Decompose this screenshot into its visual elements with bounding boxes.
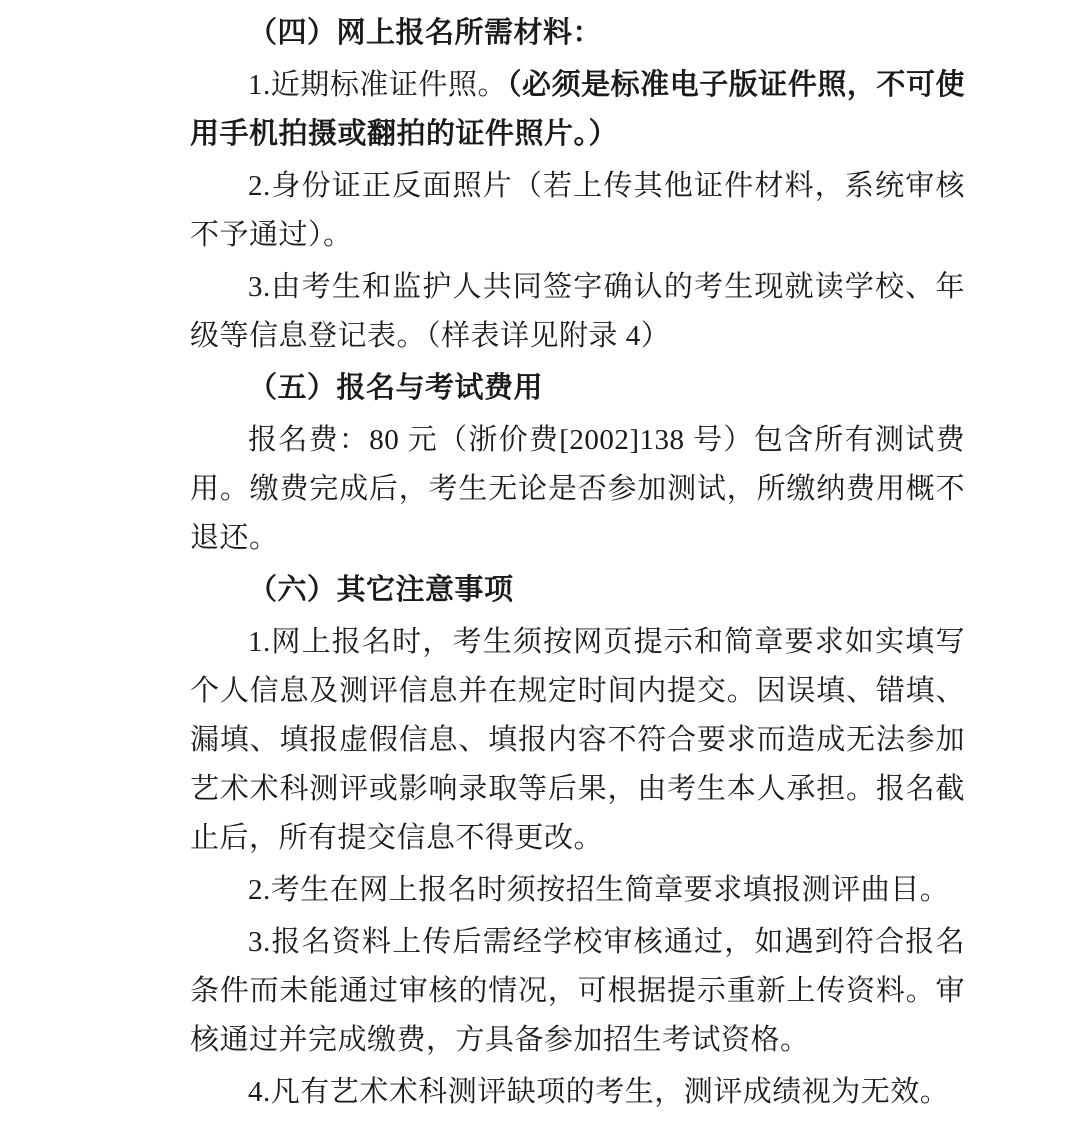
paragraph: 报名费：80 元（浙价费[2002]138 号）包含所有测试费用。缴费完成后，考… bbox=[190, 416, 965, 563]
text-run: （六）其它注意事项 bbox=[248, 574, 514, 606]
document-page: （四）网上报名所需材料：1.近期标准证件照。（必须是标准电子版证件照，不可使用手… bbox=[0, 0, 1080, 1123]
paragraph: 4.凡有艺术术科测评缺项的考生，测评成绩视为无效。 bbox=[190, 1068, 965, 1117]
text-run: （四）网上报名所需材料： bbox=[248, 17, 602, 49]
paragraph: 1.近期标准证件照。（必须是标准电子版证件照，不可使用手机拍摄或翻拍的证件照片。… bbox=[190, 61, 965, 159]
document-body: （四）网上报名所需材料：1.近期标准证件照。（必须是标准电子版证件照，不可使用手… bbox=[190, 9, 965, 1117]
paragraph: 2.考生在网上报名时须按招生简章要求填报测评曲目。 bbox=[190, 866, 965, 915]
paragraph: 2.身份证正反面照片（若上传其他证件材料，系统审核不予通过）。 bbox=[190, 162, 965, 260]
paragraph: 3.由考生和监护人共同签字确认的考生现就读学校、年级等信息登记表。（样表详见附录… bbox=[190, 263, 965, 361]
paragraph: 1.网上报名时，考生须按网页提示和简章要求如实填写个人信息及测评信息并在规定时间… bbox=[190, 618, 965, 863]
section-heading: （四）网上报名所需材料： bbox=[190, 9, 965, 58]
text-run: 2.身份证正反面照片（若上传其他证件材料，系统审核不予通过）。 bbox=[190, 170, 965, 251]
text-run: 1.网上报名时，考生须按网页提示和简章要求如实填写个人信息及测评信息并在规定时间… bbox=[190, 626, 965, 854]
section-heading: （五）报名与考试费用 bbox=[190, 364, 965, 413]
text-run: 报名费：80 元（浙价费[2002]138 号）包含所有测试费用。缴费完成后，考… bbox=[190, 424, 965, 554]
paragraph: 3.报名资料上传后需经学校审核通过，如遇到符合报名条件而未能通过审核的情况，可根… bbox=[190, 918, 965, 1065]
text-run: 4.凡有艺术术科测评缺项的考生，测评成绩视为无效。 bbox=[248, 1076, 949, 1108]
text-run: （五）报名与考试费用 bbox=[248, 372, 543, 404]
section-heading: （六）其它注意事项 bbox=[190, 566, 965, 615]
text-run: 3.由考生和监护人共同签字确认的考生现就读学校、年级等信息登记表。（样表详见附录… bbox=[190, 271, 965, 352]
text-run: 1.近期标准证件照。 bbox=[248, 69, 507, 101]
text-run: 3.报名资料上传后需经学校审核通过，如遇到符合报名条件而未能通过审核的情况，可根… bbox=[190, 926, 965, 1056]
text-run: 2.考生在网上报名时须按招生简章要求填报测评曲目。 bbox=[248, 874, 949, 906]
